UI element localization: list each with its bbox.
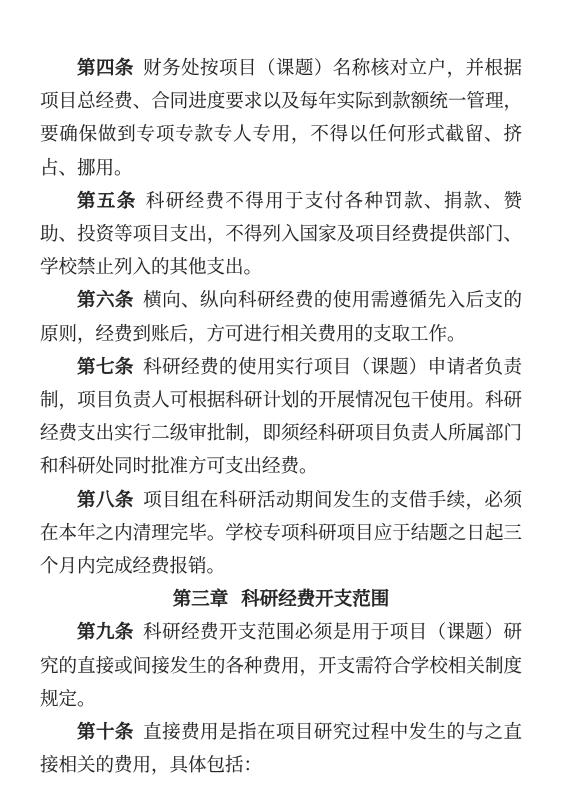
- article-10-number: 第十条: [77, 723, 134, 743]
- article-5-paragraph: 第五条科研经费不得用于支付各种罚款、捐款、赞助、投资等项目支出，不得列入国家及项…: [40, 186, 522, 286]
- article-8-paragraph: 第八条项目组在科研活动期间发生的支借手续，必须在本年之内清理完毕。学校专项科研项…: [40, 485, 522, 585]
- article-9-number: 第九条: [77, 623, 134, 643]
- chapter-number: 第三章: [173, 590, 229, 610]
- chapter-heading: 第三章科研经费开支范围: [40, 584, 522, 617]
- article-6-number: 第六条: [77, 291, 134, 311]
- article-10-paragraph: 第十条直接费用是指在项目研究过程中发生的与之直接相关的费用，具体包括：: [40, 717, 522, 783]
- article-4-number: 第四条: [77, 59, 134, 79]
- article-6-paragraph: 第六条横向、纵向科研经费的使用需遵循先入后支的原则，经费到账后，方可进行相关费用…: [40, 285, 522, 351]
- article-5-number: 第五条: [77, 192, 137, 212]
- article-8-number: 第八条: [77, 491, 134, 511]
- article-4-paragraph: 第四条财务处按项目（课题）名称核对立户，并根据项目总经费、合同进度要求以及每年实…: [40, 53, 522, 186]
- article-9-paragraph: 第九条科研经费开支范围必须是用于项目（课题）研究的直接或间接发生的各种费用，开支…: [40, 617, 522, 717]
- article-7-number: 第七条: [77, 358, 134, 378]
- chapter-title: 科研经费开支范围: [241, 590, 389, 610]
- document-page: 第四条财务处按项目（课题）名称核对立户，并根据项目总经费、合同进度要求以及每年实…: [0, 0, 562, 785]
- article-7-paragraph: 第七条科研经费的使用实行项目（课题）申请者负责制，项目负责人可根据科研计划的开展…: [40, 352, 522, 485]
